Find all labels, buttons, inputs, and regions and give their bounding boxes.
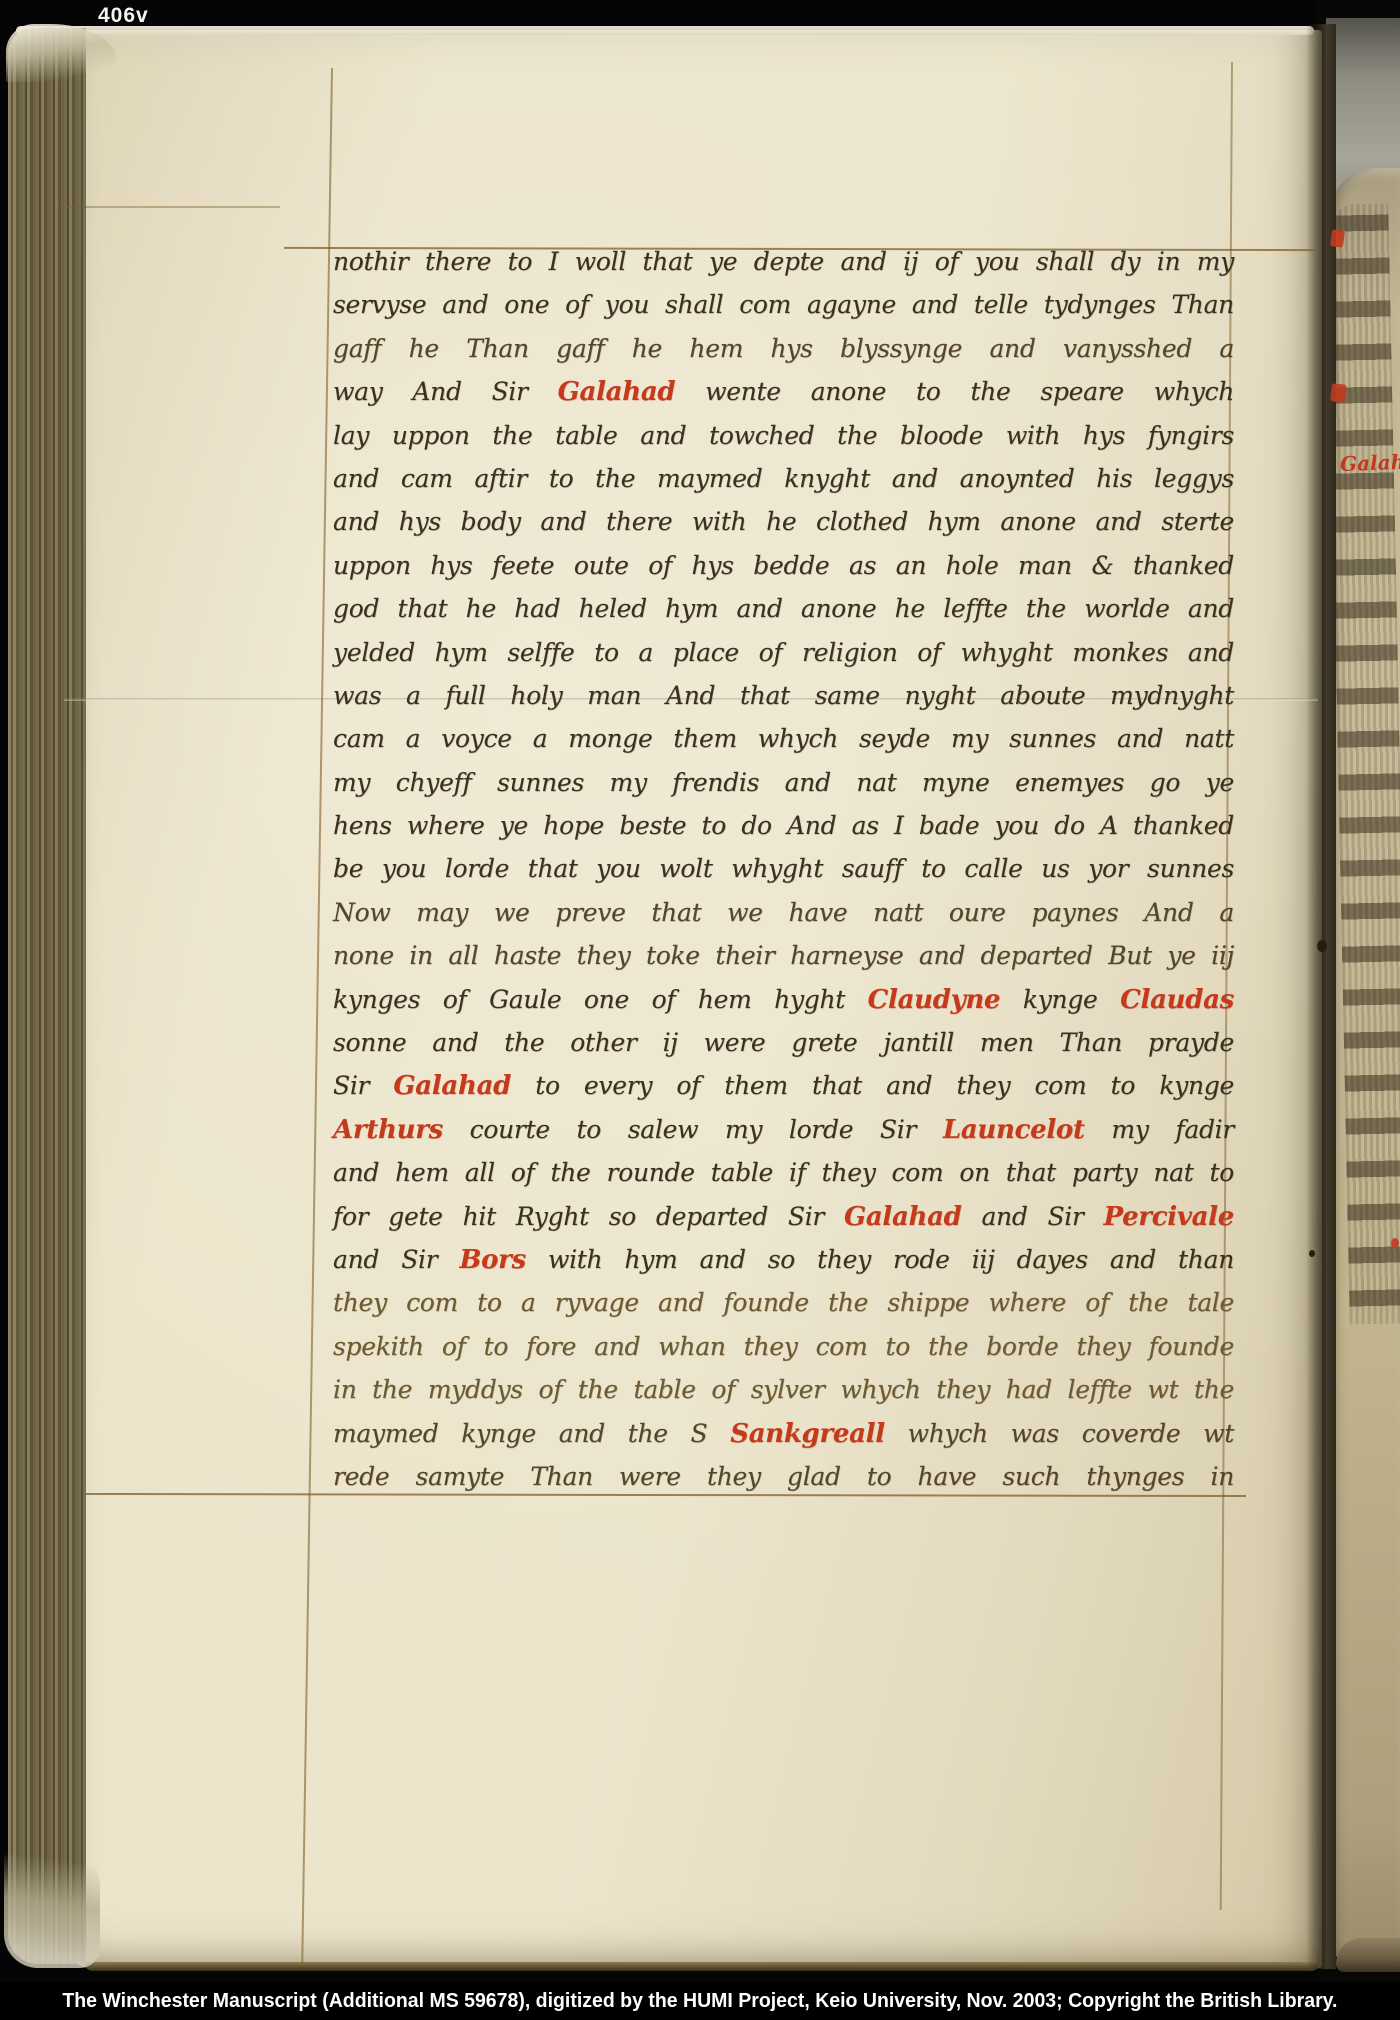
manuscript-text-segment: whych was coverde wt	[885, 1419, 1234, 1448]
photo-stage: 406v nothir there to I woll that ye dept…	[0, 0, 1400, 2020]
manuscript-line: nothir there to I woll that ye depte and…	[333, 240, 1234, 283]
facing-page-rubric-mark	[1330, 383, 1347, 402]
manuscript-line: spekith of to fore and whan they com to …	[333, 1325, 1234, 1368]
manuscript-line: sonne and the other ij were grete jantil…	[333, 1021, 1234, 1064]
facing-page-text-lines	[1326, 203, 1400, 1324]
manuscript-line: and hem all of the rounde table if they …	[333, 1151, 1234, 1194]
facing-page-rubric-mark	[1330, 229, 1345, 248]
manuscript-line: in the myddys of the table of sylver why…	[333, 1368, 1234, 1411]
manuscript-text-segment: for gete hit Ryght so departed Sir	[333, 1202, 844, 1231]
manuscript-line: Arthurs courte to salew my lorde Sir Lau…	[333, 1108, 1234, 1151]
rubricated-name: Percivale	[1104, 1202, 1234, 1232]
manuscript-line: maymed kynge and the S Sankgreall whych …	[333, 1412, 1234, 1455]
manuscript-line: way And Sir Galahad wente anone to the s…	[333, 370, 1234, 413]
manuscript-text-segment: my fadir	[1085, 1115, 1234, 1144]
caption-text: The Winchester Manuscript (Additional MS…	[62, 1990, 1337, 2013]
manuscript-line: Sir Galahad to every of them that and th…	[333, 1064, 1234, 1107]
manuscript-text-segment: to every of them that and they com to ky…	[511, 1071, 1234, 1100]
manuscript-line: be you lorde that you wolt whyght sauff …	[333, 847, 1234, 890]
gutter-shadow	[1306, 24, 1336, 1969]
rubricated-name: Launcelot	[943, 1115, 1085, 1145]
manuscript-line: they com to a ryvage and founde the ship…	[333, 1281, 1234, 1324]
manuscript-text-segment: sonne and the other ij were grete jantil…	[333, 1028, 1234, 1057]
manuscript-text-segment: with hym and so they rode iij dayes and …	[526, 1245, 1234, 1274]
manuscript-line: none in all haste they toke their harney…	[333, 934, 1234, 977]
manuscript-line: and cam aftir to the maymed knyght and a…	[333, 457, 1234, 500]
rubricated-name: Galahad	[844, 1202, 962, 1232]
manuscript-line: Now may we preve that we have natt oure …	[333, 891, 1234, 934]
manuscript-text-segment: and Sir	[962, 1202, 1104, 1231]
manuscript-text-segment: and Sir	[333, 1245, 459, 1274]
folio-number-label: 406v	[98, 4, 149, 28]
manuscript-text-segment: maymed kynge and the S	[333, 1419, 730, 1448]
manuscript-text-segment: be you lorde that you wolt whyght sauff …	[333, 854, 1234, 883]
manuscript-text-segment: spekith of to fore and whan they com to …	[333, 1332, 1234, 1361]
rubricated-name: Galahad	[558, 377, 676, 407]
facing-page-sliver	[1330, 168, 1400, 1968]
manuscript-text-segment: they com to a ryvage and founde the ship…	[333, 1288, 1234, 1317]
manuscript-text-segment: kynge	[1000, 985, 1120, 1014]
manuscript-text-segment: nothir there to I woll that ye depte and…	[333, 247, 1234, 276]
manuscript-line: and Sir Bors with hym and so they rode i…	[333, 1238, 1234, 1281]
manuscript-text-segment: none in all haste they toke their harney…	[333, 941, 1234, 970]
manuscript-text-segment: was a full holy man And that same nyght …	[333, 681, 1234, 710]
manuscript-text-segment: courte to salew my lorde Sir	[443, 1115, 943, 1144]
manuscript-line: cam a voyce a monge them whych seyde my …	[333, 717, 1234, 760]
facing-page-rubric-word: Galahad	[1340, 449, 1400, 477]
manuscript-text-segment: in the myddys of the table of sylver why…	[333, 1375, 1234, 1404]
manuscript-line: god that he had heled hym and anone he l…	[333, 587, 1234, 630]
page-top-edge-highlight	[16, 26, 1314, 35]
page-edge-bottom-curl	[4, 1852, 100, 1968]
manuscript-text-segment: kynges of Gaule one of hem hyght	[333, 985, 868, 1014]
text-block: nothir there to I woll that ye depte and…	[333, 240, 1234, 1506]
rubricated-name: Sankgreall	[730, 1419, 885, 1449]
page-edge-stack	[8, 28, 86, 1964]
manuscript-text-segment: lay uppon the table and towched the bloo…	[333, 421, 1234, 450]
rubricated-name: Claudyne	[868, 985, 1001, 1015]
manuscript-text-segment: and cam aftir to the maymed knyght and a…	[333, 464, 1234, 493]
page-bottom-edge	[84, 1962, 1320, 1971]
rubricated-name: Galahad	[393, 1071, 511, 1101]
manuscript-line: yelded hym selffe to a place of religion…	[333, 631, 1234, 674]
wormhole-dot	[1317, 940, 1327, 952]
manuscript-line: kynges of Gaule one of hem hyght Claudyn…	[333, 978, 1234, 1021]
facing-page-rubric-mark	[1391, 1238, 1399, 1248]
manuscript-line: and hys body and there with he clothed h…	[333, 500, 1234, 543]
manuscript-text-segment: way And Sir	[333, 377, 558, 406]
manuscript-text-segment: servyse and one of you shall com agayne …	[333, 290, 1234, 319]
manuscript-line: for gete hit Ryght so departed Sir Galah…	[333, 1195, 1234, 1238]
manuscript-text-segment: uppon hys feete oute of hys bedde as an …	[333, 551, 1234, 580]
caption-bar: The Winchester Manuscript (Additional MS…	[0, 1982, 1400, 2020]
manuscript-text-segment: wente anone to the speare whych	[675, 377, 1234, 406]
wormhole-dot	[1309, 1250, 1315, 1257]
facing-page-bottom-edge	[1336, 1938, 1400, 1972]
manuscript-line: rede samyte Than were they glad to have …	[333, 1455, 1234, 1498]
manuscript-line: my chyeff sunnes my frendis and nat myne…	[333, 761, 1234, 804]
manuscript-line: lay uppon the table and towched the bloo…	[333, 414, 1234, 457]
manuscript-text-segment: hens where ye hope beste to do And as I …	[333, 811, 1234, 840]
manuscript-text-segment: and hys body and there with he clothed h…	[333, 507, 1234, 536]
ruling-line-top-left	[58, 206, 280, 208]
manuscript-text-segment: god that he had heled hym and anone he l…	[333, 594, 1234, 623]
rubricated-name: Claudas	[1120, 985, 1234, 1015]
manuscript-text-segment: rede samyte Than were they glad to have …	[333, 1462, 1234, 1491]
manuscript-text-segment: and hem all of the rounde table if they …	[333, 1158, 1234, 1187]
manuscript-line: uppon hys feete oute of hys bedde as an …	[333, 544, 1234, 587]
manuscript-line: hens where ye hope beste to do And as I …	[333, 804, 1234, 847]
manuscript-text-segment: cam a voyce a monge them whych seyde my …	[333, 724, 1234, 753]
manuscript-text-segment: my chyeff sunnes my frendis and nat myne…	[333, 768, 1234, 797]
manuscript-text-segment: Sir	[333, 1071, 393, 1100]
manuscript-line: servyse and one of you shall com agayne …	[333, 283, 1234, 326]
rubricated-name: Arthurs	[333, 1115, 443, 1145]
manuscript-text-segment: yelded hym selffe to a place of religion…	[333, 638, 1234, 667]
rubricated-name: Bors	[459, 1245, 525, 1275]
manuscript-text-segment: Now may we preve that we have natt oure …	[333, 898, 1234, 927]
manuscript-text-segment: gaff he Than gaff he hem hys blyssynge a…	[333, 334, 1234, 363]
manuscript-line: gaff he Than gaff he hem hys blyssynge a…	[333, 327, 1234, 370]
manuscript-line: was a full holy man And that same nyght …	[333, 674, 1234, 717]
